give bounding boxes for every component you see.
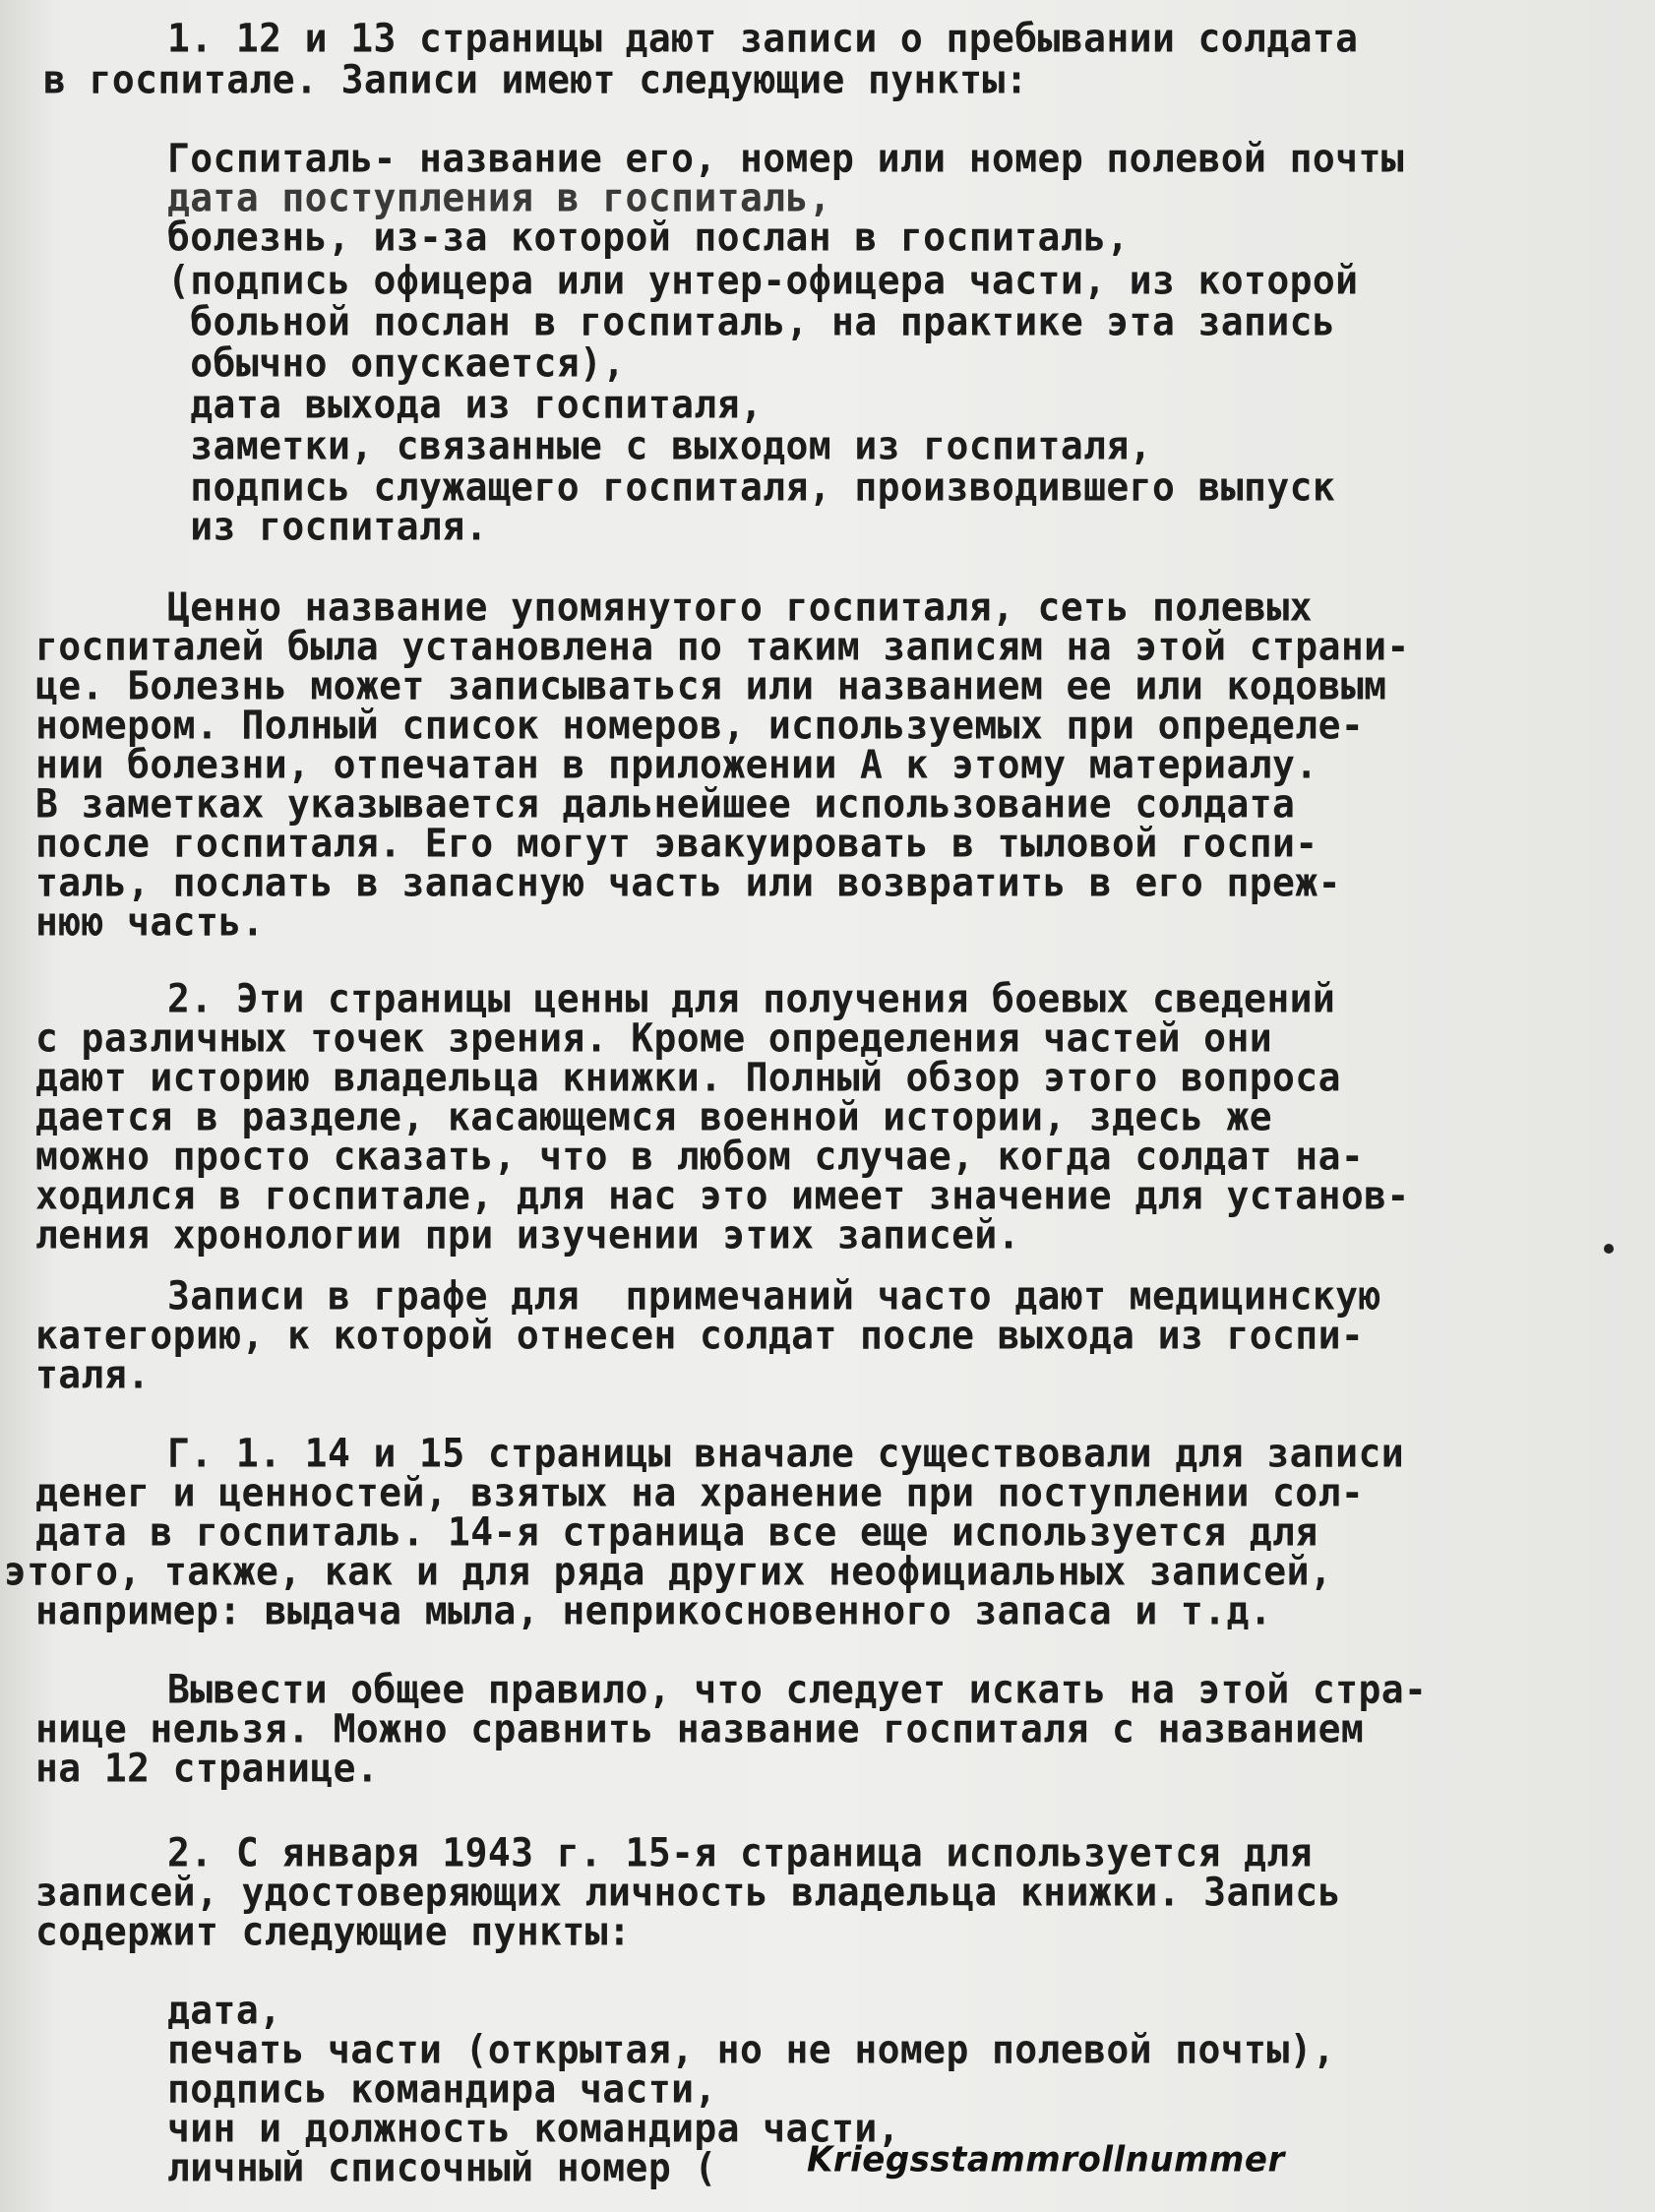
text-line: например: выдача мыла, неприкосновенного… bbox=[35, 1590, 1272, 1631]
text-line: госпиталей была установлена по таким зап… bbox=[35, 626, 1410, 667]
text-line: 1. 12 и 13 страницы дают записи о пребыв… bbox=[167, 18, 1358, 59]
text-line: дается в разделе, касающемся военной ист… bbox=[35, 1096, 1272, 1137]
list-item: (подпись офицера или унтер-офицера части… bbox=[167, 260, 1358, 301]
text-line: це. Болезнь может записываться или назва… bbox=[35, 665, 1386, 707]
list-item: дата поступления в госпиталь, bbox=[167, 177, 831, 218]
list-item: печать части (открытая, но не номер поле… bbox=[167, 2029, 1335, 2070]
typewritten-document-page: 1. 12 и 13 страницы дают записи о пребыв… bbox=[0, 0, 1655, 2212]
text-line: Записи в графе для примечаний часто дают… bbox=[167, 1275, 1381, 1317]
list-item: больной послан в госпиталь, на практике … bbox=[167, 301, 1335, 342]
text-line: нице нельзя. Можно сравнить название гос… bbox=[35, 1708, 1364, 1750]
text-line: нии болезни, отпечатан в приложении А к … bbox=[35, 744, 1318, 785]
text-line: нюю часть. bbox=[35, 901, 265, 943]
list-item: обычно опускается), bbox=[167, 342, 626, 384]
list-item: болезнь, из-за которой послан в госпитал… bbox=[167, 216, 1130, 258]
text-line: записей, удостоверяющих личность владель… bbox=[35, 1872, 1341, 1913]
text-line: денег и ценностей, взятых на хранение пр… bbox=[35, 1472, 1364, 1513]
text-line: дают историю владельца книжки. Полный об… bbox=[35, 1057, 1341, 1098]
list-item: Госпиталь- название его, номер или номер… bbox=[167, 138, 1404, 179]
list-item: подпись командира части, bbox=[167, 2068, 717, 2110]
text-line: Вывести общее правило, что следует искат… bbox=[167, 1669, 1427, 1710]
text-line: таль, послать в запасную часть или возвр… bbox=[35, 862, 1341, 903]
text-line: на 12 странице. bbox=[35, 1748, 379, 1789]
list-item: заметки, связанные с выходом из госпитал… bbox=[167, 425, 1152, 466]
list-item: чин и должность командира части, bbox=[167, 2108, 900, 2149]
text-line: 2. С января 1943 г. 15-я страница исполь… bbox=[167, 1832, 1313, 1874]
list-item: из госпиталя. bbox=[167, 506, 488, 547]
list-item: дата, bbox=[167, 1990, 281, 2031]
text-line: В заметках указывается дальнейшее исполь… bbox=[35, 783, 1295, 825]
handwritten-note: Kriegsstammrollnummer bbox=[807, 2139, 1285, 2181]
ink-speck bbox=[1604, 1244, 1614, 1254]
text-line: в госпитале. Записи имеют следующие пунк… bbox=[43, 59, 1028, 100]
list-item: личный списочный номер ( bbox=[167, 2147, 717, 2188]
text-line: ления хронологии при изучении этих запис… bbox=[35, 1214, 1020, 1256]
text-line: с различных точек зрения. Кроме определе… bbox=[35, 1017, 1272, 1059]
text-line: дата в госпиталь. 14-я страница все еще … bbox=[35, 1511, 1318, 1553]
text-line: после госпиталя. Его могут эвакуировать … bbox=[35, 823, 1318, 864]
text-line: 2. Эти страницы ценны для получения боев… bbox=[167, 978, 1335, 1019]
text-line: Г. 1. 14 и 15 страницы вначале существов… bbox=[167, 1433, 1404, 1474]
text-line: категорию, к которой отнесен солдат посл… bbox=[35, 1315, 1364, 1356]
text-line: этого, также, как и для ряда других неоф… bbox=[4, 1551, 1332, 1592]
list-item: дата выхода из госпиталя, bbox=[167, 384, 763, 425]
text-line: ходился в госпитале, для нас это имеет з… bbox=[35, 1175, 1410, 1216]
text-line: Ценно название упомянутого госпиталя, се… bbox=[167, 586, 1313, 628]
list-item: подпись служащего госпиталя, производивш… bbox=[167, 466, 1335, 508]
text-line: таля. bbox=[35, 1354, 150, 1395]
text-line: можно просто сказать, что в любом случае… bbox=[35, 1136, 1364, 1177]
text-line: содержит следующие пункты: bbox=[35, 1911, 631, 1952]
text-line: номером. Полный список номеров, использу… bbox=[35, 705, 1364, 746]
